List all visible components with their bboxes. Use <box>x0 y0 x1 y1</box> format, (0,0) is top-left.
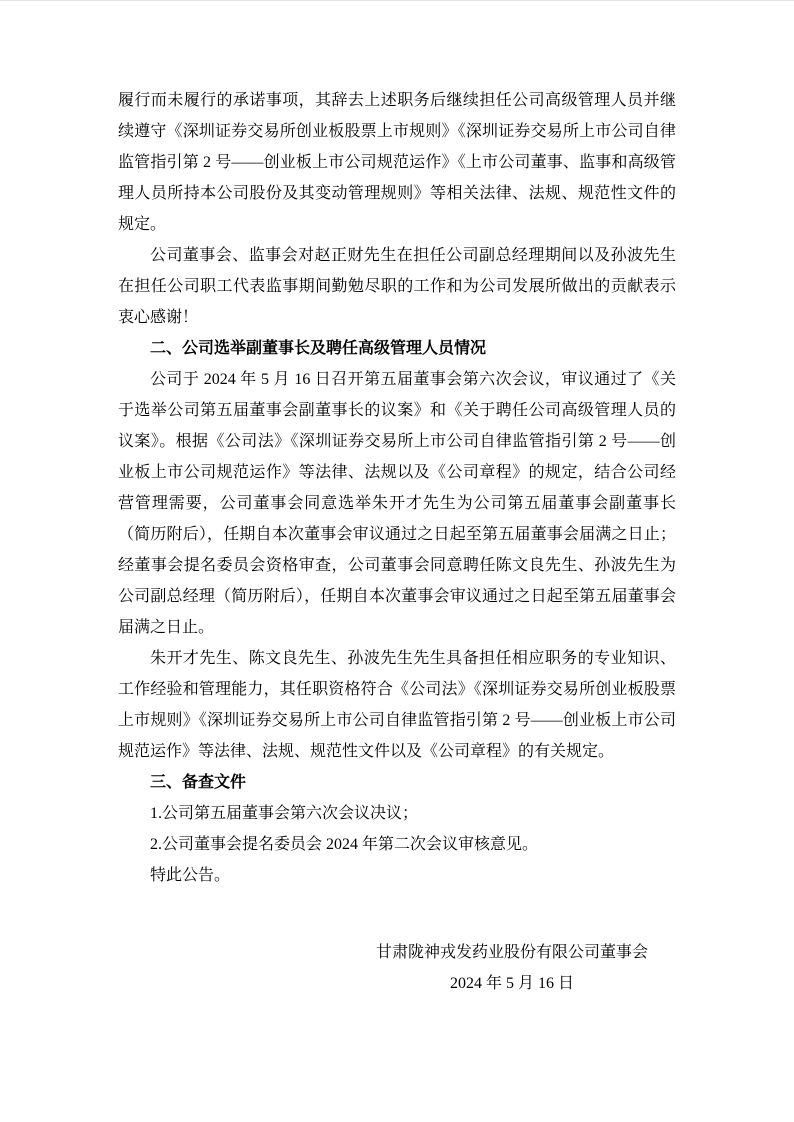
signature-block: 甘肃陇神戎发药业股份有限公司董事会 2024 年 5 月 16 日 <box>376 937 648 999</box>
section-heading-2: 二、公司选举副董事长及聘任高级管理人员情况 <box>118 333 676 364</box>
signature-date: 2024 年 5 月 16 日 <box>376 968 648 999</box>
signature-company-name: 甘肃陇神戎发药业股份有限公司董事会 <box>376 937 648 968</box>
list-item-reference-doc-1: 1.公司第五届董事会第六次会议决议； <box>118 798 676 829</box>
paragraph-commitments-continuation: 履行而未履行的承诺事项，其辞去上述职务后继续担任公司高级管理人员并继续遵守《深圳… <box>118 85 676 240</box>
paragraph-qualifications: 朱开才先生、陈文良先生、孙波先生先生具备担任相应职务的专业知识、工作经验和管理能… <box>118 643 676 767</box>
section-heading-3: 三、备查文件 <box>118 767 676 798</box>
paragraph-announcement-closing: 特此公告。 <box>118 860 676 891</box>
paragraph-gratitude: 公司董事会、监事会对赵正财先生在担任公司副总经理期间以及孙波先生在担任公司职工代… <box>118 240 676 333</box>
list-item-reference-doc-2: 2.公司董事会提名委员会 2024 年第二次会议审核意见。 <box>118 829 676 860</box>
document-body: 履行而未履行的承诺事项，其辞去上述职务后继续担任公司高级管理人员并继续遵守《深圳… <box>118 85 676 999</box>
document-page: 履行而未履行的承诺事项，其辞去上述职务后继续担任公司高级管理人员并继续遵守《深圳… <box>0 0 794 1122</box>
paragraph-election-appointment: 公司于 2024 年 5 月 16 日召开第五届董事会第六次会议，审议通过了《关… <box>118 364 676 643</box>
